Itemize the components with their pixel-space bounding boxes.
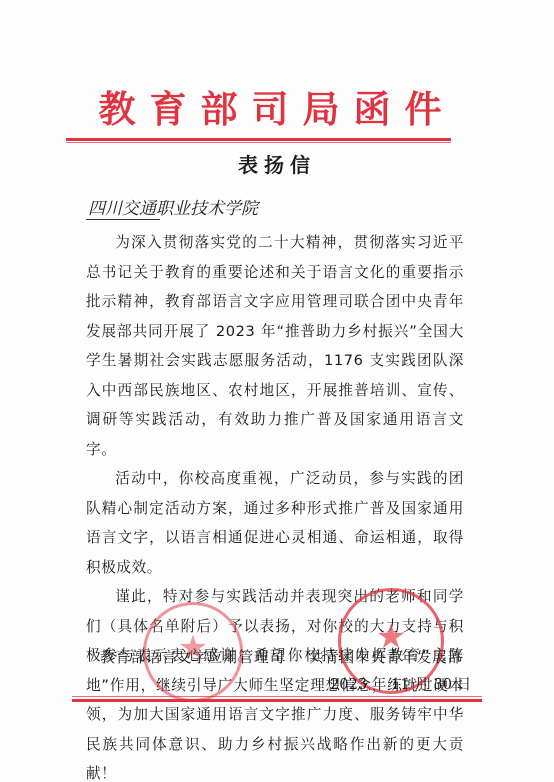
- signature-left: 教育部语言文字应用管理司: [100, 646, 285, 670]
- header-thick-rule: [66, 138, 451, 141]
- footer-thin-rule: [72, 696, 482, 697]
- body-paragraph: 活动中，你校高度重视，广泛动员，参与实践的团队精心制定活动方案，通过多种形式推广…: [86, 464, 464, 582]
- header-thin-rule: [66, 142, 451, 143]
- letterhead-title: 教育部司局函件: [0, 84, 554, 134]
- footer-thick-rule: [72, 699, 482, 702]
- letter-subtitle: 表扬信: [0, 150, 554, 180]
- signature-date: 2023 年 11 月 30 日: [330, 673, 471, 697]
- letter-page: 教育部司局函件 表扬信 四川交通职业技术学院 为深入贯彻落实党的二十大精神，贯彻…: [0, 0, 554, 782]
- signature-right: 共青团中央青年发展部: [309, 646, 463, 670]
- recipient-handwritten: 四川交通职业技术学院: [88, 197, 258, 221]
- recipient-underline: [86, 219, 160, 220]
- body-paragraph: 为深入贯彻落实党的二十大精神，贯彻落实习近平总书记关于教育的重要论述和关于语言文…: [86, 228, 464, 464]
